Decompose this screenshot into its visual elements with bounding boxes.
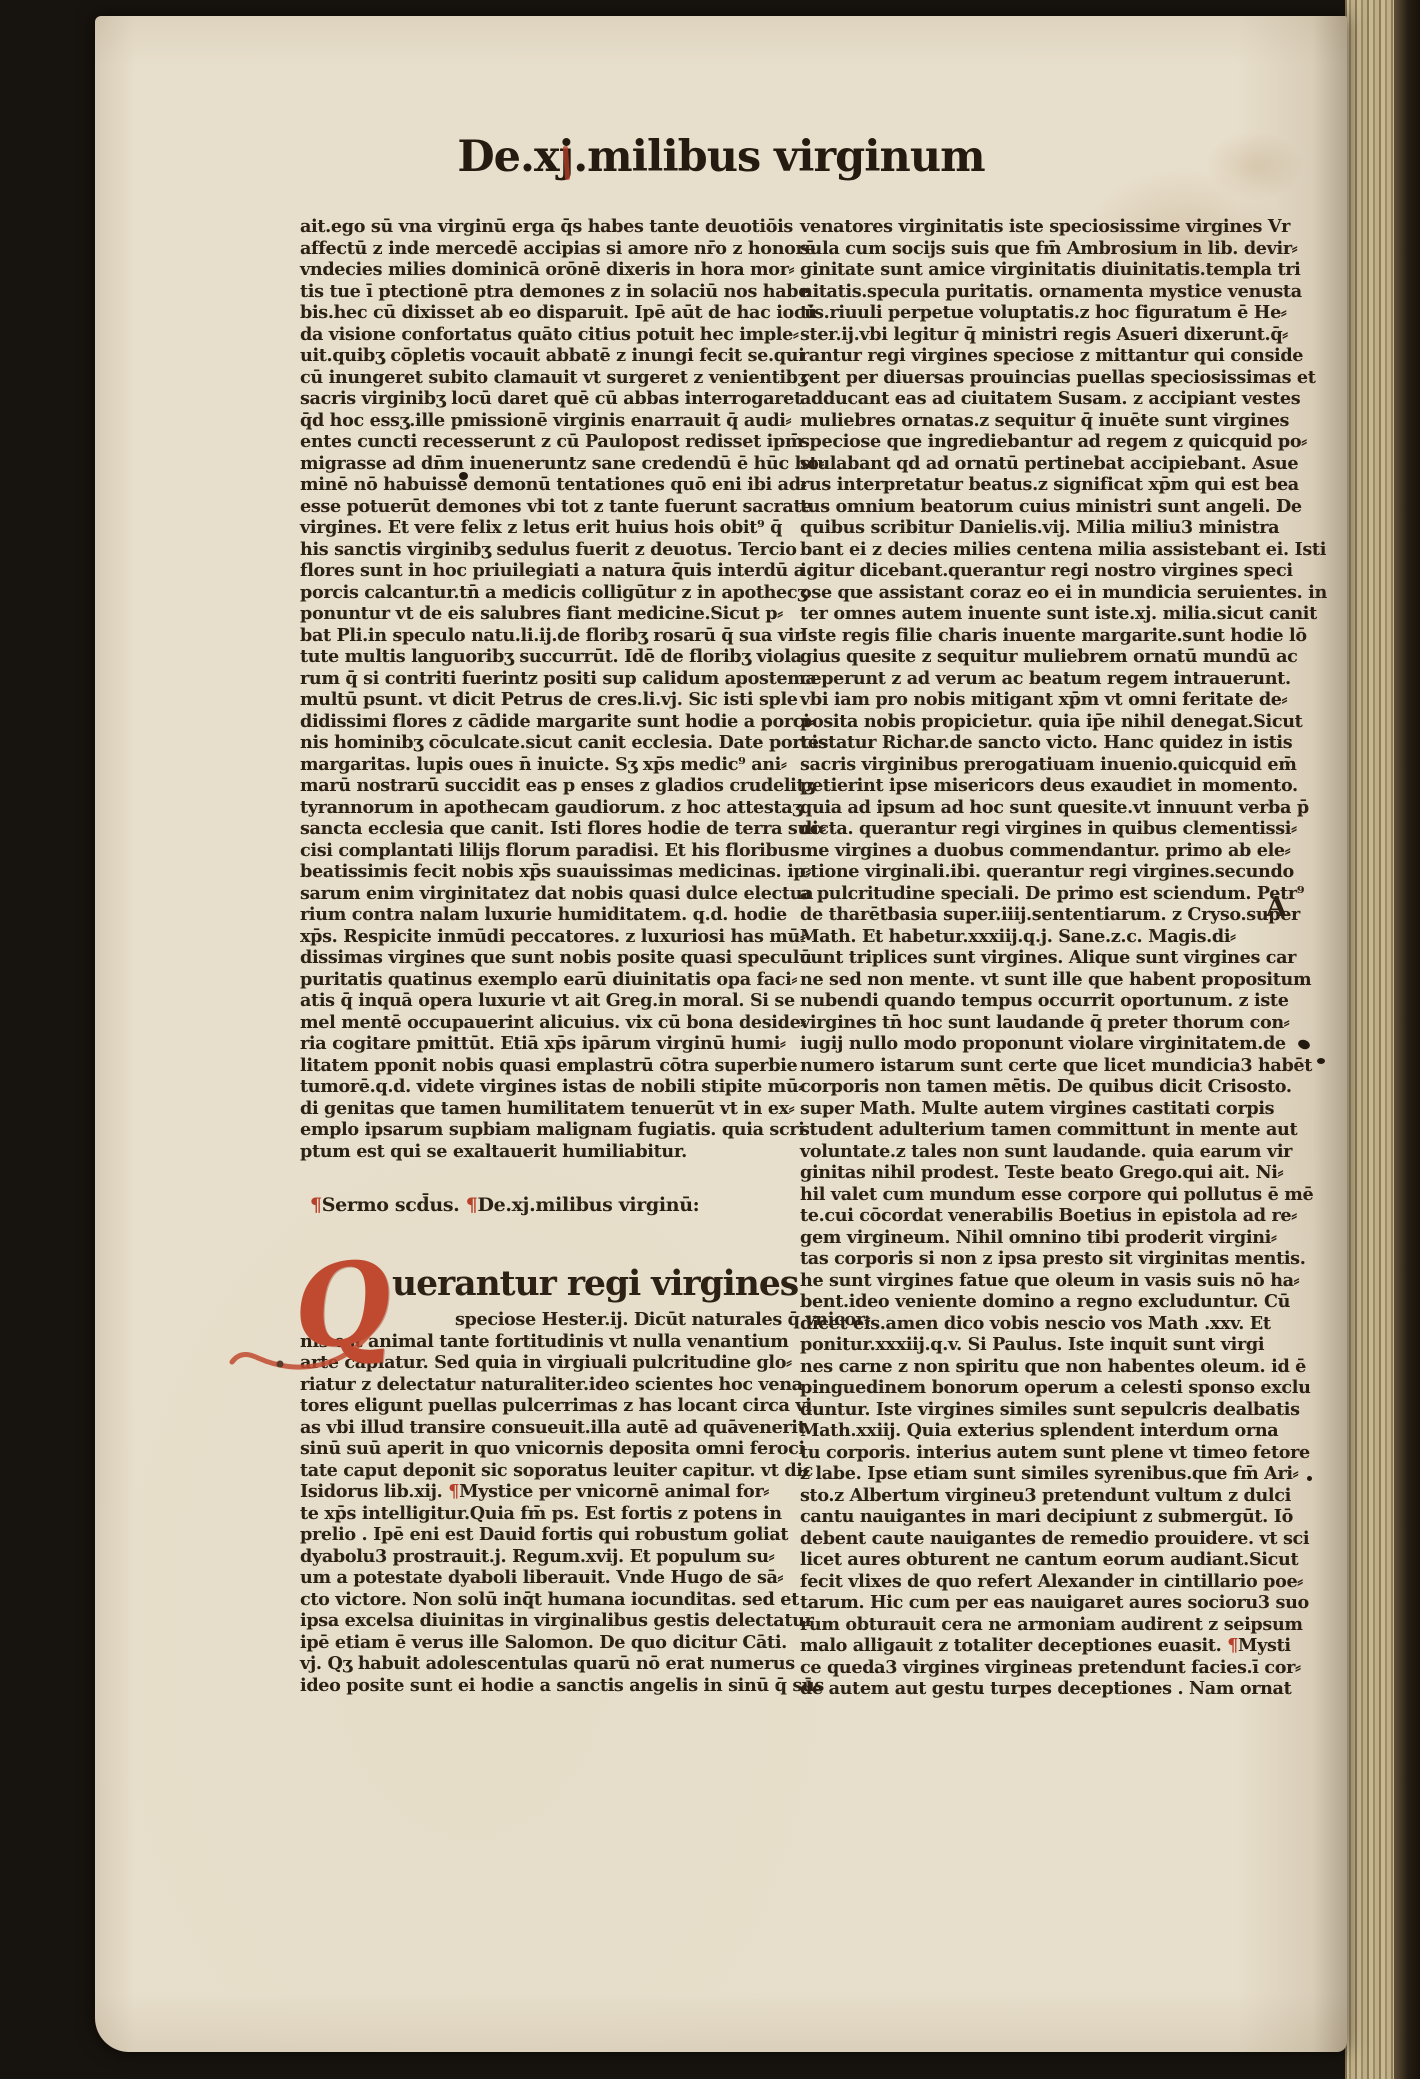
text-line: duntur. Iste virgines similes sunt sepul… (800, 1399, 1262, 1421)
right-text-column: venatores virginitatis iste speciosissim… (800, 216, 1262, 1700)
text-line: multū psunt. vt dicit Petrus de cres.li.… (300, 689, 762, 711)
text-line: tyrannorum in apothecam gaudiorum. z hoc… (300, 797, 762, 819)
text-line: igitur dicebant.querantur regi nostro vi… (800, 560, 1262, 582)
right-block: venatores virginitatis iste speciosissim… (800, 216, 1262, 1700)
text-line: cto victore. Non solū inq̄t humana iocun… (300, 1589, 762, 1611)
text-line: tis tue ī ptectionē ptra demones z in so… (300, 281, 762, 303)
text-line: xp̄s. Respicite inmūdi peccatores. z lux… (300, 926, 762, 948)
text-line: ideo posite sunt ei hodie a sanctis ange… (300, 1675, 762, 1697)
text-line: bis.hec cū dixisset ab eo disparuit. Ipē… (300, 302, 762, 324)
text-line: tores eligunt puellas pulcerrimas z has … (300, 1395, 762, 1417)
text-line: ria cogitare pmittūt. Etiā xp̄s ipārum v… (300, 1033, 762, 1055)
text-line: tus omnium beatorum cuius ministri sunt … (800, 496, 1262, 518)
text-line: bent.ideo veniente domino a regno exclud… (800, 1291, 1262, 1313)
text-line: nubendi quando tempus occurrit oportunum… (800, 990, 1262, 1012)
text-line: da visione confortatus quāto citius potu… (300, 324, 762, 346)
text-line: tumorē.q.d. videte virgines istas de nob… (300, 1076, 762, 1098)
text-line: cantu nauigantes in mari decipiunt z sub… (800, 1506, 1262, 1528)
text-line: tate caput deponit sic soporatus leuiter… (300, 1460, 762, 1482)
text-line: sarum enim virginitatez dat nobis quasi … (300, 883, 762, 905)
ink-speck (459, 472, 468, 480)
text-line: me virgines a duobus commendantur. primo… (800, 840, 1262, 862)
text-line: Math.xxiij. Quia exterius splendent inte… (800, 1420, 1262, 1442)
left-block-1: ait.ego sū vna virginū erga q̄s habes ta… (300, 216, 762, 1162)
text-line: petierint ipse misericors deus exaudiet … (800, 775, 1262, 797)
text-line: nitatis.specula puritatis. ornamenta mys… (800, 281, 1262, 303)
text-line: gius quesite z sequitur muliebrem ornatū… (800, 646, 1262, 668)
text-line: voluntate.z tales non sunt laudande. qui… (800, 1141, 1262, 1163)
text-line: muliebres ornatas.z sequitur q̄ inuēte s… (800, 410, 1262, 432)
text-line: ipē etiam ē verus ille Salomon. De quo d… (300, 1632, 762, 1654)
text-line: ptum est qui se exaltauerit humiliabitur… (300, 1141, 762, 1163)
text-line: tis.riuuli perpetue voluptatis.z hoc fig… (800, 302, 1262, 324)
text-line: esse potuerūt demones vbi tot z tante fu… (300, 496, 762, 518)
sermo-secundus-line: ¶Sermo scd̄us. ¶De.xj.milibus virginū: (300, 1193, 762, 1217)
text-line: ipsa excelsa diuinitas in virginalibus g… (300, 1610, 762, 1632)
text-line: dyabolu3 prostrauit.j. Regum.xvij. Et po… (300, 1546, 762, 1568)
text-line: super Math. Multe autem virgines castita… (800, 1098, 1262, 1120)
text-line: tas corporis si non z ipsa presto sit vi… (800, 1248, 1262, 1270)
text-line: testatur Richar.de sancto victo. Hanc qu… (800, 732, 1262, 754)
text-line: corporis non tamen mētis. De quibus dici… (800, 1076, 1262, 1098)
text-line: sinū suū aperit in quo vnicornis deposit… (300, 1438, 762, 1460)
text-line: Isidorus lib.xij. ¶Mystice per vnicornē … (300, 1481, 762, 1503)
text-line: rium contra nalam luxurie humiditatem. q… (300, 904, 762, 926)
text-line: his sanctis virginibʒ sedulus fuerit z d… (300, 539, 762, 561)
text-line: Math. Et habetur.xxxiij.q.j. Sane.z.c. M… (800, 926, 1262, 948)
text-line: ose que assistant coraz eo ei in mundici… (800, 582, 1262, 604)
marginal-letter-A: A (1266, 892, 1287, 923)
text-line: didissimi flores z cādide margarite sunt… (300, 711, 762, 733)
text-line: pinguedinem bonorum operum a celesti spo… (800, 1377, 1262, 1399)
text-line: gem virgineum. Nihil omnino tibi proderi… (800, 1227, 1262, 1249)
text-line: nis hominibʒ cōculcate.sicut canit eccle… (300, 732, 762, 754)
text-line: sacris virginibʒ locū daret quē cū abbas… (300, 388, 762, 410)
text-line: speciose que ingrediebantur ad regem z q… (800, 431, 1262, 453)
left-block-2: nis est animal tante fortitudinis vt nul… (300, 1331, 762, 1697)
text-line: ginitate sunt amice virginitatis diuinit… (800, 259, 1262, 281)
text-line: prelio . Ipē eni est Dauid fortis qui ro… (300, 1524, 762, 1546)
text-line: ctione virginali.ibi. querantur regi vir… (800, 861, 1262, 883)
text-line: beatissimis fecit nobis xp̄s suauissimas… (300, 861, 762, 883)
ink-speck (1297, 1038, 1311, 1051)
ink-speck (1317, 1058, 1325, 1064)
text-line: dicet eis.amen dico vobis nescio vos Mat… (800, 1313, 1262, 1335)
text-line: he sunt virgines fatue que oleum in vasi… (800, 1270, 1262, 1292)
text-line: licet aures obturent ne cantum eorum aud… (800, 1549, 1262, 1571)
text-line: stulabant qd ad ornatū pertinebat accipi… (800, 453, 1262, 475)
text-line: ponuntur vt de eis salubres fiant medici… (300, 603, 762, 625)
text-line: sto.z Albertum virgineu3 pretendunt vult… (800, 1485, 1262, 1507)
text-line: bant ei z decies milies centena milia as… (800, 539, 1262, 561)
text-line: di genitas que tamen humilitatem tenuerū… (300, 1098, 762, 1120)
text-line: quibus scribitur Danielis.vij. Milia mil… (800, 517, 1262, 539)
text-line: posita nobis propicietur. quia ip̄e nihi… (800, 711, 1262, 733)
text-line: porcis calcantur.tn̄ a medicis colligūtu… (300, 582, 762, 604)
text-line: rus interpretatur beatus.z significat xp… (800, 474, 1262, 496)
text-line: dicta. querantur regi virgines in quibus… (800, 818, 1262, 840)
parchment-page: De.xj.milibus virginum ait.ego sū vna vi… (95, 16, 1347, 2052)
text-line: entes cuncti recesserunt z cū Paulopost … (300, 431, 762, 453)
left-text-column: ait.ego sū vna virginū erga q̄s habes ta… (300, 216, 762, 1696)
text-line: quia ad ipsum ad hoc sunt quesite.vt inn… (800, 797, 1262, 819)
text-line: rum obturauit cera ne armoniam audirent … (800, 1614, 1262, 1636)
text-line: rent per diuersas prouincias puellas spe… (800, 367, 1262, 389)
text-line: ponitur.xxxiij.q.v. Si Paulus. Iste inqu… (800, 1334, 1262, 1356)
text-line: student adulterium tamen committunt in m… (800, 1119, 1262, 1141)
text-line: um a potestate dyaboli liberauit. Vnde H… (300, 1567, 762, 1589)
text-line: numero istarum sunt certe que licet mund… (800, 1055, 1262, 1077)
text-line: venatores virginitatis iste speciosissim… (800, 216, 1262, 238)
text-line: virgines. Et vere felix z letus erit hui… (300, 517, 762, 539)
text-line: malo alligauit z totaliter deceptiones e… (800, 1635, 1262, 1657)
text-line: ter omnes autem inuente sunt iste.xj. mi… (800, 603, 1262, 625)
text-line: debent caute nauigantes de remedio proui… (800, 1528, 1262, 1550)
text-line: iugij nullo modo proponunt violare virgi… (800, 1033, 1262, 1055)
text-line: hil valet cum mundum esse corpore qui po… (800, 1184, 1262, 1206)
scan-background: De.xj.milibus virginum ait.ego sū vna vi… (0, 0, 1420, 2079)
text-line: vbi iam pro nobis mitigant xp̄m vt omni … (800, 689, 1262, 711)
text-line: a pulcritudine speciali. De primo est sc… (800, 883, 1262, 905)
text-line: flores sunt in hoc priuilegiati a natura… (300, 560, 762, 582)
initial-flourish (228, 1314, 388, 1384)
text-line: ginitas nihil prodest. Teste beato Grego… (800, 1162, 1262, 1184)
text-line: ster.ij.vbi legitur q̄ ministri regis As… (800, 324, 1262, 346)
text-line: emplo ipsarum supbiam malignam fugiatis.… (300, 1119, 762, 1141)
text-line: atis q̄ inquā opera luxurie vt ait Greg.… (300, 990, 762, 1012)
text-line: q̄d hoc essʒ.ille pmissionē virginis ena… (300, 410, 762, 432)
text-line: rantur regi virgines speciose z mittantu… (800, 345, 1262, 367)
text-line: mel mentē occupauerint alicuius. vix cū … (300, 1012, 762, 1034)
text-line: minē nō habuisse demonū tentationes quō … (300, 474, 762, 496)
text-line: Iste regis filie charis inuente margarit… (800, 625, 1262, 647)
text-line: te xp̄s intelligitur.Quia fm̄ ps. Est fo… (300, 1503, 762, 1525)
book-gutter-shadow (1394, 0, 1420, 2079)
text-line: ceperunt z ad verum ac beatum regem intr… (800, 668, 1262, 690)
text-line: nes carne z non spiritu que non habentes… (800, 1356, 1262, 1378)
text-line: z labe. Ipse etiam sunt similes syrenibu… (800, 1463, 1262, 1485)
text-line: bat Pli.in speculo natu.li.ij.de floribʒ… (300, 625, 762, 647)
text-line: sancta ecclesia que canit. Isti flores h… (300, 818, 762, 840)
text-line: tarum. Hic cum per eas nauigaret aures s… (800, 1592, 1262, 1614)
text-line: cū inungeret subito clamauit vt surgeret… (300, 367, 762, 389)
text-line: uit.quibʒ cōpletis vocauit abbatē z inun… (300, 345, 762, 367)
text-line: te.cui cōcordat venerabilis Boetius in e… (800, 1205, 1262, 1227)
text-line: affectū z inde mercedē accipias si amore… (300, 238, 762, 260)
text-line: de tharētbasia super.iiij.sententiarum. … (800, 904, 1262, 926)
text-line: puritatis quatinus exemplo earū diuinita… (300, 969, 762, 991)
text-line: tu corporis. interius autem sunt plene v… (800, 1442, 1262, 1464)
text-line: virgines tn̄ hoc sunt laudande q̄ preter… (800, 1012, 1262, 1034)
text-line: sula cum socijs suis que fm̄ Ambrosium i… (800, 238, 1262, 260)
text-line: litatem pponit nobis quasi emplastrū cōt… (300, 1055, 762, 1077)
text-line: cunt triplices sunt virgines. Alique sun… (800, 947, 1262, 969)
text-line: rum q̄ si contriti fuerintz positi sup c… (300, 668, 762, 690)
text-line: migrasse ad dn̄m inueneruntz sane creden… (300, 453, 762, 475)
text-line: ait.ego sū vna virginū erga q̄s habes ta… (300, 216, 762, 238)
text-line: adducant eas ad ciuitatem Susam. z accip… (800, 388, 1262, 410)
text-line: sacris virginibus prerogatiuam inuenio.q… (800, 754, 1262, 776)
text-line: ne sed non mente. vt sunt ille que haben… (800, 969, 1262, 991)
text-line: vndecies milies dominicā orōnē dixeris i… (300, 259, 762, 281)
text-line: as vbi illud transire consueuit.illa aut… (300, 1417, 762, 1439)
page-header-title: De.xj.milibus virginum (95, 132, 1347, 182)
text-line: margaritas. lupis oues n̄ inuicte. Sʒ xp… (300, 754, 762, 776)
text-line: cisi complantati lilijs florum paradisi.… (300, 840, 762, 862)
text-line: marū nostrarū succidit eas p enses z gla… (300, 775, 762, 797)
text-line: fecit vlixes de quo refert Alexander in … (800, 1571, 1262, 1593)
book-page-edges (1345, 0, 1398, 2079)
text-line: de autem aut gestu turpes deceptiones . … (800, 1678, 1262, 1700)
text-line: tute multis languoribʒ succurrūt. Idē de… (300, 646, 762, 668)
text-line: vj. Qʒ habuit adolescentulas quarū nō er… (300, 1653, 762, 1675)
text-line: dissimas virgines que sunt nobis posite … (300, 947, 762, 969)
text-line: ce queda3 virgines virgineas pretendunt … (800, 1657, 1262, 1679)
ink-speck (1307, 1476, 1312, 1481)
